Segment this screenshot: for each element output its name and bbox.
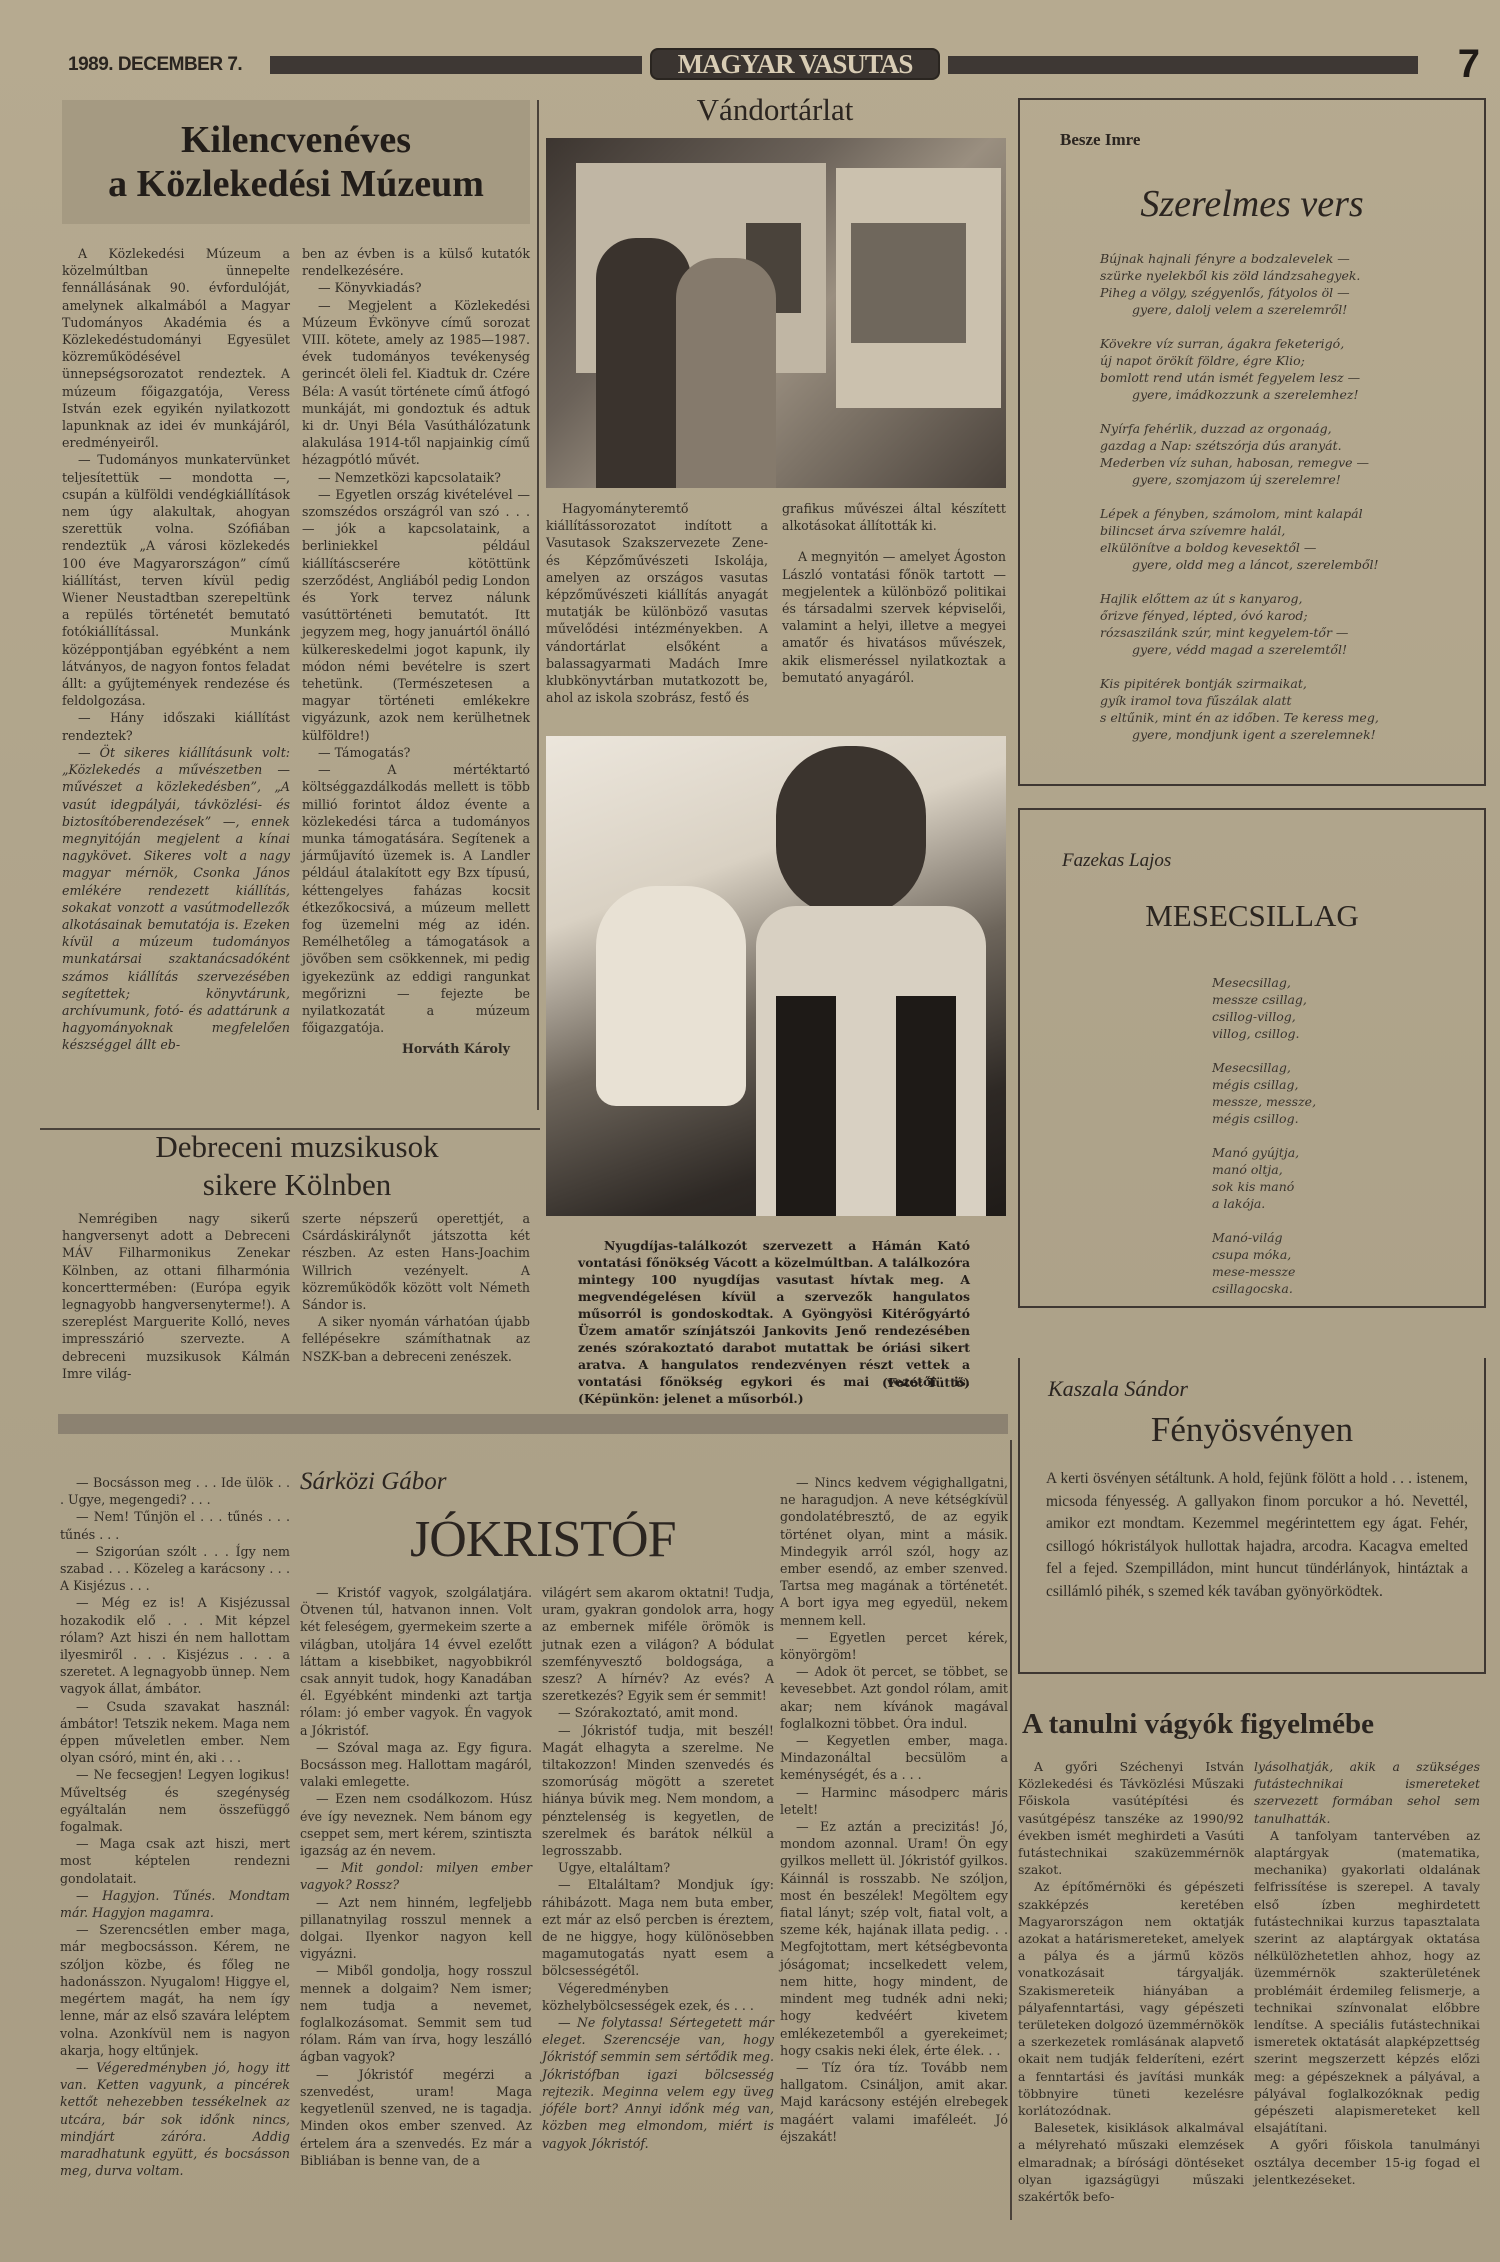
poem-line: Bújnak hajnali fényre a bodzalevelek — <box>1100 250 1460 267</box>
paragraph: — Eltaláltam? Mondjuk így: ráhibázott. M… <box>542 1876 774 1979</box>
paragraph: — Öt sikeres kiállításunk volt: „Közleke… <box>62 744 290 1054</box>
poem-stanza: Mesecsillag,messze csillag,csillog-villo… <box>1212 974 1412 1042</box>
story-col3: világért sem akarom oktatni! Tudja, uram… <box>542 1584 774 2152</box>
paragraph: — Mit gondol: milyen ember vagyok? Rossz… <box>300 1859 532 1893</box>
photo-retiree-meeting-scene <box>546 736 1006 1216</box>
paragraph: — Még ez is! A Kisjézussal hozakodik elő… <box>60 1594 290 1697</box>
story-title: JÓKRISTÓF <box>410 1510 676 1569</box>
poem-line: gyere, védd magad a szerelemtől! <box>1100 641 1460 658</box>
poem-stanza: Nyírfa fehérlik, duzzad az orgonaág,gazd… <box>1100 420 1460 488</box>
paragraph: — Bocsásson meg . . . Ide ülök . . . Ugy… <box>60 1474 290 1508</box>
poem-line: messze, messze, <box>1212 1093 1412 1110</box>
poem-line: villog, csillog. <box>1212 1025 1412 1042</box>
poem-stanza: Bújnak hajnali fényre a bodzalevelek —sz… <box>1100 250 1460 318</box>
paragraph: — Harminc másodperc máris letelt! <box>780 1784 1008 1818</box>
paragraph: Az építőmérnöki és gépészeti szakképzés … <box>1018 1878 1244 2119</box>
paragraph: Hagyományteremtő kiállítássorozatot indí… <box>546 500 768 706</box>
poem-line: csupa móka, <box>1212 1246 1412 1263</box>
poem-box-szerelmes-vers: Besze Imre Szerelmes vers Bújnak hajnali… <box>1018 98 1486 786</box>
poem-line: gyere, imádkozzunk a szerelemhez! <box>1100 386 1460 403</box>
paragraph: — Nem! Tűnjön el . . . tűnés . . . tűnés… <box>60 1508 290 1542</box>
title-line-1: Kilencvenéves <box>181 118 411 162</box>
poem-line: őrizve fényed, lépted, óvó karod; <box>1100 607 1460 624</box>
poem-stanza: Manó gyújtja,manó oltja,sok kis manóa la… <box>1212 1144 1412 1212</box>
paragraph: Ugye, eltaláltam? <box>542 1859 774 1876</box>
poem-line: bilincset árva szívemre halál, <box>1100 522 1460 539</box>
paragraph: — Szóval maga az. Egy figura. Bocsásson … <box>300 1739 532 1791</box>
poem-line: manó oltja, <box>1212 1161 1412 1178</box>
poem-line: Mesecsillag, <box>1212 974 1412 991</box>
study-article-col2: lyásolhatják, akik a szükséges futástech… <box>1254 1758 1480 2188</box>
column-divider <box>1010 1440 1012 2220</box>
debrecen-article-col1: Nemrégiben nagy sikerű hangversenyt adot… <box>62 1210 290 1382</box>
paragraph: A győri Széchenyi István Közlekedési és … <box>1018 1758 1244 1878</box>
section-band <box>58 1414 1008 1434</box>
byline: Horváth Károly <box>302 1040 530 1057</box>
study-article-title: A tanulni vágyók figyelmébe <box>1022 1708 1482 1741</box>
costume-vest <box>896 996 956 1216</box>
debrecen-article-col2: szerte népszerű operettjét, a Csárdáskir… <box>302 1210 530 1365</box>
poem-title: MESECSILLAG <box>1020 898 1484 934</box>
paragraph: — Könyvkiadás? <box>302 279 530 296</box>
study-article-col1: A győri Széchenyi István Közlekedési és … <box>1018 1758 1244 2205</box>
poem-line: messze csillag, <box>1212 991 1412 1008</box>
poem-line: gyere, szomjazom új szerelemre! <box>1100 471 1460 488</box>
newspaper-brand: MAGYAR VASUTAS <box>650 48 940 80</box>
paragraph: A tanfolyam tantervében az alaptárgyak (… <box>1254 1827 1480 2137</box>
poem-body: Bújnak hajnali fényre a bodzalevelek —sz… <box>1100 250 1460 760</box>
poem-stanza: Lépek a fényben, számolom, mint kalapálb… <box>1100 505 1460 573</box>
paragraph: világért sem akarom oktatni! Tudja, uram… <box>542 1584 774 1704</box>
poem-line: Piheg a völgy, szégyenlős, fátyolos öl — <box>1100 284 1460 301</box>
paragraph: — Miből gondolja, hogy rosszul mennek a … <box>300 1962 532 2065</box>
paragraph: — Szerencsétlen ember maga, már megbocsá… <box>60 1921 290 2059</box>
masthead-bar-left <box>270 56 642 74</box>
prose-box-fenyosvenyen: Kaszala Sándor Fényösvényen A kerti ösvé… <box>1018 1358 1486 1674</box>
paragraph: ben az évben is a külső kutatók rendelke… <box>302 245 530 279</box>
poem-stanza: Mesecsillag,mégis csillag,messze, messze… <box>1212 1059 1412 1127</box>
prose-body: A kerti ösvényen sétáltunk. A hold, fejü… <box>1046 1468 1468 1603</box>
paragraph: — Végeredményben jó, hogy itt van. Kette… <box>60 2059 290 2179</box>
masthead-bar-right <box>948 56 1418 74</box>
story-author: Sárközi Gábor <box>300 1468 447 1496</box>
poem-line: gyere, oldd meg a láncot, szerelemből! <box>1100 556 1460 573</box>
paragraph: — Egyetlen ország kivételével — szomszéd… <box>302 486 530 744</box>
paragraph: szerte népszerű operettjét, a Csárdáskir… <box>302 1210 530 1313</box>
masthead: 1989. DECEMBER 7. MAGYAR VASUTAS 7 <box>60 48 1480 80</box>
poem-line: csillog-villog, <box>1212 1008 1412 1025</box>
page-number: 7 <box>1458 42 1480 87</box>
paragraph: — Támogatás? <box>302 744 530 761</box>
poem-line: Mederben víz suhan, habosan, remegve — <box>1100 454 1460 471</box>
paragraph: — Szórakoztató, amit mond. <box>542 1704 774 1721</box>
title-line-2: sikere Kölnben <box>62 1166 532 1204</box>
paragraph: — Megjelent a Közlekedési Múzeum Évkönyv… <box>302 297 530 469</box>
poem-line: Manó gyújtja, <box>1212 1144 1412 1161</box>
performer-head <box>776 746 926 916</box>
exhibition-article-col1: Hagyományteremtő kiállítássorozatot indí… <box>546 500 768 706</box>
story-col2: — Kristóf vagyok, szolgálatjára. Ötvenen… <box>300 1584 532 2169</box>
poem-line: csillagocska. <box>1212 1280 1412 1297</box>
poem-line: Hajlik előttem az út s kanyarog, <box>1100 590 1460 607</box>
prose-title: Fényösvényen <box>1020 1410 1484 1450</box>
costume-vest <box>776 996 836 1216</box>
poem-line: mégis csillag, <box>1212 1076 1412 1093</box>
poem-line: Nyírfa fehérlik, duzzad az orgonaág, <box>1100 420 1460 437</box>
exhibition-article-title: Vándortárlat <box>545 92 1005 128</box>
poem-line: rózsaszilánk szúr, mint kegyelem-tőr — <box>1100 624 1460 641</box>
poem-line: Lépek a fényben, számolom, mint kalapál <box>1100 505 1460 522</box>
paragraph: — Kegyetlen ember, maga. Mindazonáltal b… <box>780 1732 1008 1784</box>
museum-article-title: Kilencvenéves a Közlekedési Múzeum <box>62 100 530 224</box>
paragraph: — Maga csak azt hiszi, mert most képtele… <box>60 1835 290 1887</box>
paragraph: — Ezen nem csodálkozom. Húsz éve így nev… <box>300 1790 532 1859</box>
paragraph: — Ez aztán a precizitás! Jó, mondom azon… <box>780 1818 1008 2059</box>
paragraph: — Nincs kedvem végighallgatni, ne haragu… <box>780 1474 1008 1629</box>
paragraph: — Ne folytassa! Sértegetett már eleget. … <box>542 2014 774 2152</box>
title-line-2: a Közlekedési Múzeum <box>108 162 484 206</box>
column-divider <box>537 100 539 1110</box>
poem-line: s eltűnik, mint én az időben. Te keress … <box>1100 709 1460 726</box>
paragraph: — Azt nem hinném, legfeljebb pillanatnyi… <box>300 1894 532 1963</box>
paragraph: Nemrégiben nagy sikerű hangversenyt adot… <box>62 1210 290 1382</box>
paragraph: — Hány időszaki kiállítást rendeztek? <box>62 709 290 743</box>
paragraph: — Hagyjon. Tűnés. Mondtam már. Hagyjon m… <box>60 1887 290 1921</box>
visitor-figure <box>676 258 776 488</box>
performer-figure <box>596 886 746 1106</box>
poem-line: Kövekre víz surran, ágakra feketerigó, <box>1100 335 1460 352</box>
paragraph: — A mértéktartó költséggazdálkodás melle… <box>302 761 530 1036</box>
title-line-1: Debreceni muzsikusok <box>62 1128 532 1166</box>
poem-line: bomlott rend után ismét fegyelem lesz — <box>1100 369 1460 386</box>
paragraph: — Jókristóf tudja, mit beszél! Magát elh… <box>542 1722 774 1860</box>
paragraph: grafikus művészei által készített alkotá… <box>782 500 1006 534</box>
artwork-frame <box>851 223 966 343</box>
poem-line: gazdag a Nap: szétszórja dús aranyát. <box>1100 437 1460 454</box>
prose-author: Kaszala Sándor <box>1048 1376 1188 1402</box>
paragraph: — Egyetlen percet kérek, könyörgöm! <box>780 1629 1008 1663</box>
poem-line: Kis pipitérek bontják szirmaikat, <box>1100 675 1460 692</box>
poem-line: mégis csillog. <box>1212 1110 1412 1127</box>
photo-exhibition-visitors <box>546 138 1006 488</box>
paragraph: — Kristóf vagyok, szolgálatjára. Ötvenen… <box>300 1584 532 1739</box>
poem-line: gyík iramol tova fűszálak alatt <box>1100 692 1460 709</box>
poem-line: Mesecsillag, <box>1212 1059 1412 1076</box>
paragraph: A győri főiskola tanulmányi osztálya dec… <box>1254 2136 1480 2188</box>
exhibition-article-col2: grafikus művészei által készített alkotá… <box>782 500 1006 686</box>
paragraph: — Adok öt percet, se többet, se kevesebb… <box>780 1663 1008 1732</box>
poem-stanza: Kis pipitérek bontják szirmaikat,gyík ir… <box>1100 675 1460 743</box>
paragraph: A siker nyomán várhatóan újabb fellépése… <box>302 1313 530 1365</box>
paragraph: lyásolhatják, akik a szükséges futástech… <box>1254 1758 1480 1827</box>
museum-article-col2: ben az évben is a külső kutatók rendelke… <box>302 245 530 1058</box>
paragraph: A Közlekedési Múzeum a közelmúltban ünne… <box>62 245 290 451</box>
poem-line: a lakója. <box>1212 1195 1412 1212</box>
poem-line: szürke nyelekből kis zöld lándzsahegyek. <box>1100 267 1460 284</box>
poem-box-mesecsillag: Fazekas Lajos MESECSILLAG Mesecsillag,me… <box>1018 808 1486 1308</box>
issue-date: 1989. DECEMBER 7. <box>68 54 242 76</box>
poem-stanza: Manó-világcsupa móka,mese-messzecsillago… <box>1212 1229 1412 1297</box>
poem-line: gyere, mondjunk igent a szerelemnek! <box>1100 726 1460 743</box>
paragraph: — Ne fecsegjen! Legyen logikus! Műveltsé… <box>60 1766 290 1835</box>
photo-credit: (Fotó: Tüttő) <box>840 1374 970 1391</box>
debrecen-article-title: Debreceni muzsikusok sikere Kölnben <box>62 1128 532 1204</box>
poem-line: új napot örökít földre, égre Klio; <box>1100 352 1460 369</box>
poem-line: Manó-világ <box>1212 1229 1412 1246</box>
story-col1: — Bocsásson meg . . . Ide ülök . . . Ugy… <box>60 1474 290 2179</box>
newspaper-page: 1989. DECEMBER 7. MAGYAR VASUTAS 7 Kilen… <box>0 0 1500 2262</box>
poem-author: Fazekas Lajos <box>1062 850 1171 872</box>
poem-line: sok kis manó <box>1212 1178 1412 1195</box>
paragraph: — Csuda szavakat használ: ámbátor! Tetsz… <box>60 1698 290 1767</box>
poem-line: elkülönítve a boldog kevesektől — <box>1100 539 1460 556</box>
poem-title: Szerelmes vers <box>1020 182 1484 226</box>
paragraph: Végeredményben közhelybölcsességek ezek,… <box>542 1980 774 2014</box>
paragraph: Balesetek, kisiklások alkalmával a mélyr… <box>1018 2119 1244 2205</box>
museum-article-col1: A Közlekedési Múzeum a közelmúltban ünne… <box>62 245 290 1054</box>
poem-stanza: Kövekre víz surran, ágakra feketerigó,új… <box>1100 335 1460 403</box>
poem-author: Besze Imre <box>1060 130 1140 150</box>
paragraph: — Szigorúan szólt . . . Így nem szabad .… <box>60 1543 290 1595</box>
story-col4: — Nincs kedvem végighallgatni, ne haragu… <box>780 1474 1008 2145</box>
paragraph: — Jókristóf megérzi a szenvedést, uram! … <box>300 2066 532 2169</box>
paragraph: A megnyitón — amelyet Ágoston László von… <box>782 548 1006 686</box>
paragraph: — Nemzetközi kapcsolataik? <box>302 469 530 486</box>
paragraph: — Tudományos munkatervünket teljesítettü… <box>62 451 290 709</box>
poem-line: mese-messze <box>1212 1263 1412 1280</box>
poem-body: Mesecsillag,messze csillag,csillog-villo… <box>1212 974 1412 1314</box>
paragraph: — Tíz óra tíz. Tovább nem hallgatom. Csi… <box>780 2059 1008 2145</box>
poem-line: gyere, dalolj velem a szerelemről! <box>1100 301 1460 318</box>
poem-stanza: Hajlik előttem az út s kanyarog,őrizve f… <box>1100 590 1460 658</box>
